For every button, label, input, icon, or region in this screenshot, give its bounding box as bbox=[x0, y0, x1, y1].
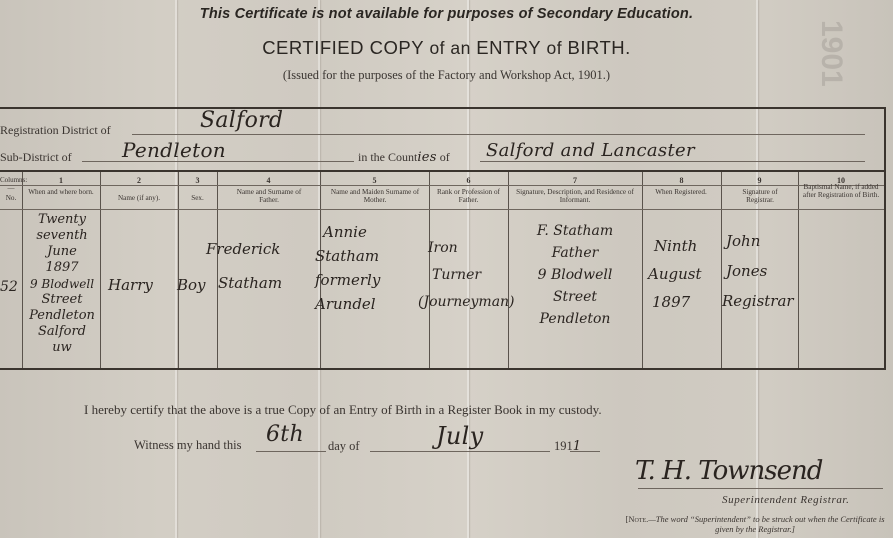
informant-line: Pendleton bbox=[506, 308, 644, 330]
father-surname: Statham bbox=[206, 266, 282, 300]
header-divider bbox=[0, 209, 884, 210]
column-number: 8 bbox=[642, 176, 721, 185]
col-divider bbox=[22, 172, 23, 368]
year-underline bbox=[570, 451, 600, 452]
column-header: Name (if any). bbox=[100, 194, 178, 202]
column-header: Name and Surname of Father. bbox=[232, 188, 306, 204]
county-label: in the Counties of bbox=[358, 150, 450, 165]
informant-line: Father bbox=[506, 242, 644, 264]
frame-divider bbox=[0, 170, 885, 172]
mother-line: Arundel bbox=[315, 292, 380, 316]
column-number: 1 bbox=[22, 176, 100, 185]
column-header: When and where born. bbox=[28, 188, 94, 196]
column-number: 4 bbox=[217, 176, 320, 185]
title-part: CERTIFIED COPY bbox=[262, 37, 424, 58]
informant-line: Street bbox=[506, 286, 644, 308]
witness-label: Witness my hand this bbox=[134, 438, 241, 452]
registered-line: August bbox=[648, 260, 701, 288]
born-line: June bbox=[26, 244, 98, 260]
county-suffix: ies bbox=[417, 150, 436, 165]
father-first-name: Frederick bbox=[206, 232, 282, 266]
born-line: Salford bbox=[26, 324, 98, 340]
signatory-title: Superintendent Registrar. bbox=[722, 494, 849, 506]
columns-label: Columns:— bbox=[0, 176, 22, 192]
registrar-signature: John Jones Registrar bbox=[722, 226, 794, 316]
subdistrict-label: Sub-District of bbox=[0, 150, 72, 165]
county-of-text: of bbox=[440, 150, 450, 164]
column-header: Sex. bbox=[178, 194, 217, 202]
month-value: July bbox=[436, 422, 484, 450]
born-line: Twenty bbox=[26, 212, 98, 228]
document-subtitle: (Issued for the purposes of the Factory … bbox=[0, 68, 893, 83]
column-header: Rank or Profession of Father. bbox=[432, 188, 505, 204]
informant: F. Statham Father 9 Blodwell Street Pend… bbox=[506, 220, 644, 330]
mother-line: Annie bbox=[315, 220, 380, 244]
profession-line: Iron bbox=[418, 235, 515, 262]
registrar-line: Registrar bbox=[722, 286, 794, 316]
born-line: seventh bbox=[26, 228, 98, 244]
column-header-no: No. bbox=[0, 194, 22, 202]
registrar-line: Jones bbox=[722, 256, 794, 286]
superintendent-signature: T. H. Townsend bbox=[635, 456, 822, 486]
certification-statement: I hereby certify that the above is a tru… bbox=[84, 402, 602, 418]
registrar-line: John bbox=[722, 226, 794, 256]
signature-underline bbox=[638, 488, 883, 489]
subdistrict-value: Pendleton bbox=[122, 138, 226, 162]
frame-top bbox=[0, 107, 885, 109]
born-line: uw bbox=[26, 340, 98, 356]
colnum-divider bbox=[0, 185, 884, 186]
column-header: Baptismal Name, if added after Registrat… bbox=[800, 183, 882, 199]
title-part: of an bbox=[429, 38, 470, 58]
footnote: [Note.—The word “Superintendent” to be s… bbox=[625, 514, 885, 534]
col-divider bbox=[798, 172, 799, 368]
district-underline bbox=[132, 134, 865, 135]
title-part: of bbox=[547, 38, 563, 58]
informant-line: F. Statham bbox=[506, 220, 644, 242]
column-number: 2 bbox=[100, 176, 178, 185]
born-line: Pendleton bbox=[26, 308, 98, 324]
column-number: 9 bbox=[721, 176, 798, 185]
frame-bottom bbox=[0, 368, 885, 370]
secondary-education-notice: This Certificate is not available for pu… bbox=[0, 6, 893, 22]
note-text: —The word “Superintendent” to be struck … bbox=[648, 514, 884, 534]
father-profession: Iron Turner (Journeyman) bbox=[418, 235, 515, 316]
profession-line: (Journeyman) bbox=[418, 289, 515, 316]
day-value: 6th bbox=[266, 422, 304, 447]
informant-line: 9 Blodwell bbox=[506, 264, 644, 286]
day-value-text: 6th bbox=[266, 422, 304, 447]
county-value: Salford and Lancaster bbox=[486, 140, 695, 161]
frame-right bbox=[884, 107, 886, 370]
born-line: Street bbox=[26, 292, 98, 308]
column-number: 7 bbox=[508, 176, 642, 185]
born-line: 1897 bbox=[26, 260, 98, 276]
document-title: CERTIFIED COPY of an ENTRY of BIRTH. bbox=[0, 37, 893, 59]
column-number: 6 bbox=[429, 176, 508, 185]
column-number: 3 bbox=[178, 176, 217, 185]
note-label: [Note. bbox=[625, 514, 648, 524]
when-where-born: Twenty seventh June 1897 9 Blodwell Stre… bbox=[26, 212, 98, 356]
county-label-text: in the Count bbox=[358, 150, 417, 164]
entry-number: 52 bbox=[0, 278, 18, 296]
county-underline bbox=[480, 161, 865, 162]
registered-line: Ninth bbox=[648, 232, 701, 260]
district-value: Salford bbox=[200, 108, 283, 133]
title-part: BIRTH. bbox=[567, 37, 630, 58]
title-part: ENTRY bbox=[476, 37, 541, 58]
column-header: When Registered. bbox=[655, 188, 707, 196]
day-of-label: day of bbox=[328, 439, 360, 454]
born-line: 9 Blodwell bbox=[26, 276, 98, 292]
father-name: Frederick Statham bbox=[206, 232, 282, 300]
child-name: Harry bbox=[108, 276, 153, 294]
when-registered: Ninth August 1897 bbox=[648, 232, 701, 316]
child-sex: Boy bbox=[177, 276, 206, 294]
mother-line: Statham bbox=[315, 244, 380, 268]
mother-line: formerly bbox=[315, 268, 380, 292]
column-header: Name and Maiden Surname of Mother. bbox=[325, 188, 425, 204]
column-number: 5 bbox=[320, 176, 429, 185]
witness-line: Witness my hand this bbox=[134, 438, 241, 453]
day-underline bbox=[256, 451, 326, 452]
month-underline bbox=[370, 451, 550, 452]
district-label: Registration District of bbox=[0, 123, 111, 138]
registered-line: 1897 bbox=[648, 288, 701, 316]
profession-line: Turner bbox=[418, 262, 515, 289]
column-header: Signature, Description, and Residence of… bbox=[512, 188, 638, 204]
mother-name: Annie Statham formerly Arundel bbox=[315, 220, 380, 316]
column-header: Signature of Registrar. bbox=[734, 188, 786, 204]
